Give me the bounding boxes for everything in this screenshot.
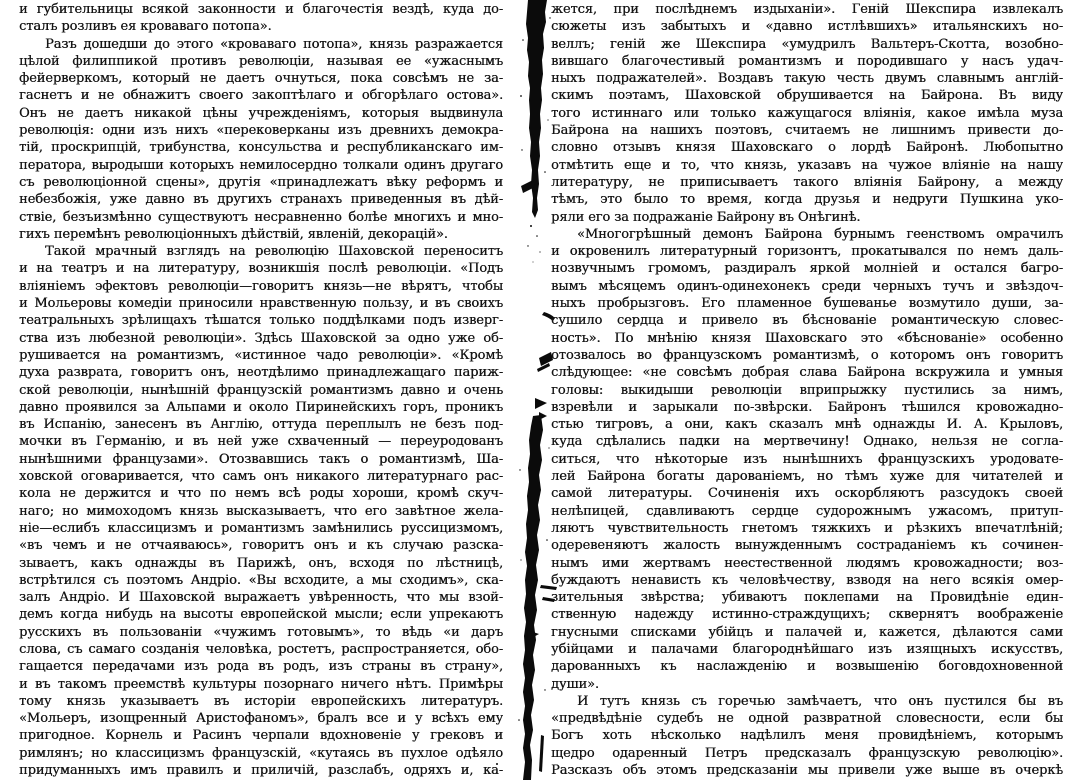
text-line: ховской оговаривается, что самъ онъ ника…: [19, 468, 503, 485]
text-line: нозвучнымъ громомъ, раздиралъ яркой молн…: [551, 260, 1063, 277]
text-line: тѣмъ, это было то время, когда друзья и …: [551, 191, 1063, 208]
text-line: гнусными списками убійцъ и палачей и, ка…: [551, 624, 1063, 641]
text-line: Байрона на нашихъ поэтовъ, считаемъ не л…: [551, 122, 1063, 139]
text-line: жется, при послѣднемъ издыханіи». Геній …: [551, 1, 1063, 18]
text-line: ства изъ любезной революціи». Здѣсь Шахо…: [19, 330, 503, 347]
text-line: И тутъ князь съ горечью замѣчаетъ, что о…: [551, 693, 1063, 710]
text-line: стью тигровъ, а они, какъ сказалъ мнѣ од…: [551, 416, 1063, 433]
text-line: тому князь указываетъ въ исторіи европей…: [19, 693, 503, 710]
text-line: куда сдѣлались падки на мертвечину! Одна…: [551, 433, 1063, 450]
text-line: въ Испанію, занесенъ въ Англію, оттуда п…: [19, 416, 503, 433]
text-line: того истиннаго или только кажущагося влі…: [551, 105, 1063, 122]
text-line: убійцами и палачами благороднѣйшаго изъ …: [551, 641, 1063, 658]
text-line: отмѣтить еще и то, что князь, указавъ на…: [551, 157, 1063, 174]
text-line: головы: выкидыши революціи вприпрыжку пу…: [551, 382, 1063, 399]
text-line: и окровенилъ литературный горизонтъ, про…: [551, 243, 1063, 260]
text-line: нелѣпицей, сдавливаютъ сердце судорожным…: [551, 503, 1063, 520]
text-line: нынѣшними французами». Отозвавшись такъ …: [19, 451, 503, 468]
text-line: римлянъ; но классицизмъ французскій, «ку…: [19, 745, 503, 762]
scanned-book-spread: и губительницы всякой законности и благо…: [0, 0, 1074, 780]
text-line: нымъ ими жертвамъ неестественной людямъ …: [551, 555, 1063, 572]
text-line: революція: одни изъ нихъ «перековерканы …: [19, 122, 503, 139]
text-line: ской революціи, нынѣшній французскій ром…: [19, 382, 503, 399]
text-line: щедро одаренный Петръ предсказалъ францу…: [551, 745, 1063, 762]
text-line: мочки въ Германію, и въ ней уже схваченн…: [19, 433, 503, 450]
text-line: ляютъ чувствительность гнетомъ тяжкихъ и…: [551, 520, 1063, 537]
text-line: сталъ розливъ ея кроваваго потопа».: [19, 18, 503, 35]
text-line: души».: [551, 676, 1063, 693]
text-line: пригодное. Корнель и Расинъ черпали вдох…: [19, 727, 503, 744]
text-line: ніе—еслибъ классицизмъ и романтизмъ замѣ…: [19, 520, 503, 537]
text-line: наго; но мимоходомъ князь высказываетъ, …: [19, 503, 503, 520]
text-line: вліяніемъ эфектовъ революціи—говоритъ кн…: [19, 278, 503, 295]
text-line: самой литературы. Сочиненія ихъ оскорбля…: [551, 485, 1063, 502]
text-line: одеревеняютъ жалость вынужденнымъ состра…: [551, 537, 1063, 554]
text-line: и на театръ и на литературу, возникшія п…: [19, 260, 503, 277]
text-line: ственную надежду истинно-страждущихъ; ск…: [551, 606, 1063, 623]
text-line: небезбожія, уже давно въ другихъ странах…: [19, 191, 503, 208]
text-line: давно проявился за Альпами и около Пирин…: [19, 399, 503, 416]
text-line: ряли его за подражаніе Байрону въ Онѣгин…: [551, 209, 1063, 226]
text-line: Такой мрачный взглядъ на революцію Шахов…: [19, 243, 503, 260]
text-line: гихъ перемѣнъ революціонныхъ дѣйствій, я…: [19, 226, 503, 243]
text-line: ныхъ подражателей». Воздавъ такую честь …: [551, 70, 1063, 87]
text-line: ствіе, безъизмѣнно существуютъ несравнен…: [19, 209, 503, 226]
text-line: ситься, что нѣкоторые изъ нынѣшнихъ фран…: [551, 451, 1063, 468]
text-line: слова, съ самаго созданія человѣка, рост…: [19, 641, 503, 658]
text-line: ныхъ пробрызговъ. Его пламенное бушевань…: [551, 295, 1063, 312]
text-line: Разсказъ объ этомъ предсказаніи мы приве…: [551, 762, 1063, 779]
text-line: вымъ мѣсяцемъ одинъ-одинехонекъ среди че…: [551, 278, 1063, 295]
text-line: «предвѣдѣніе судебъ не одной развратной …: [551, 710, 1063, 727]
text-line: «Многогрѣшный демонъ Байрона бурнымъ гее…: [551, 226, 1063, 243]
text-line: съ революціонной сцены», другія «принадл…: [19, 174, 503, 191]
text-line: зываетъ, какъ однажды въ Парижѣ, онъ, вс…: [19, 555, 503, 572]
text-line: и въ такомъ преемствѣ культуры позорнаго…: [19, 676, 503, 693]
book-page-left: и губительницы всякой законности и благо…: [19, 0, 503, 780]
text-line: рушивается на романтизмъ, «истинное чадо…: [19, 347, 503, 364]
text-line: сюжеты изъ забытыхъ и «давно истлѣвшихъ»…: [551, 18, 1063, 35]
text-line: вившаго благочестивый романтизмъ и пород…: [551, 53, 1063, 70]
text-line: духа разврата, говоритъ онъ, неотдѣлимо …: [19, 364, 503, 381]
text-line: «въ чемъ и не отчаяваюсь», говоритъ онъ …: [19, 537, 503, 554]
text-line: встрѣтился съ поэтомъ Андріо. «Вы всходи…: [19, 572, 503, 589]
text-line: демъ когда нибудь на высоты европейской …: [19, 606, 503, 623]
text-line: словно отзывъ князя Шаховскаго о лордѣ Б…: [551, 139, 1063, 156]
text-line: Разъ дошедши до этого «кроваваго потопа»…: [19, 36, 503, 53]
text-line: буждаютъ ненависть къ человѣчеству, взво…: [551, 572, 1063, 589]
text-line: ность». По мнѣнію князя Шаховскаго это «…: [551, 330, 1063, 347]
text-line: дарованныхъ къ наслажденію и возвышенію …: [551, 658, 1063, 675]
text-line: кола не держится и что по немъ всѣ роды …: [19, 485, 503, 502]
text-line: сушило сердца и привело въ бѣснованіе ро…: [551, 312, 1063, 329]
gutter-ink-band: [496, 0, 557, 780]
text-line: отозвалось во французскомъ романтизмѣ, о…: [551, 347, 1063, 364]
text-line: фейерверкомъ, который не даетъ очнуться,…: [19, 70, 503, 87]
text-line: придуманныхъ имъ правилъ и приличій, раз…: [19, 762, 503, 779]
text-line: русскихъ въ пользованіи «чужимъ готовымъ…: [19, 624, 503, 641]
text-line: лей Байрона богаты дарованіемъ, но тѣмъ …: [551, 468, 1063, 485]
text-line: Богъ хоть нѣсколько надѣлилъ меня провид…: [551, 727, 1063, 744]
text-line: слѣдующее: «не совсѣмъ добрая слава Байр…: [551, 364, 1063, 381]
text-line: скимъ поэтамъ, Шаховской обрушивается на…: [551, 87, 1063, 104]
text-line: театральныхъ зрѣлищахъ тѣшатся только по…: [19, 312, 503, 329]
text-line: и Мольеровы комедіи приносили нравственн…: [19, 295, 503, 312]
text-line: взревѣли и зарыкали по-звѣрски. Байронъ …: [551, 399, 1063, 416]
text-line: и губительницы всякой законности и благо…: [19, 1, 503, 18]
text-line: ператора, выродыши которыхъ немилосердно…: [19, 157, 503, 174]
book-page-right: жется, при послѣднемъ издыханіи». Геній …: [551, 0, 1063, 780]
text-line: зительныя звѣрства; убиваютъ поклепами н…: [551, 589, 1063, 606]
text-line: цѣлой филиппикой противъ революціи, назы…: [19, 53, 503, 70]
text-line: литературу, не приписываетъ такого вліян…: [551, 174, 1063, 191]
text-line: гаснетъ и не обнажитъ своего закоптѣлаго…: [19, 87, 503, 104]
text-line: тій, проскрипцій, трибунства, консульств…: [19, 139, 503, 156]
text-line: залъ Андріо. И Шаховской выражаетъ увѣре…: [19, 589, 503, 606]
text-line: гащается передачами изъ рода въ родъ, из…: [19, 658, 503, 675]
text-line: Онъ не даетъ никакой цѣны учрежденіямъ, …: [19, 105, 503, 122]
text-line: «Мольеръ, изощренный Аристофаномъ», брал…: [19, 710, 503, 727]
text-line: веллъ; геній же Шекспира «умудрилъ Вальт…: [551, 36, 1063, 53]
